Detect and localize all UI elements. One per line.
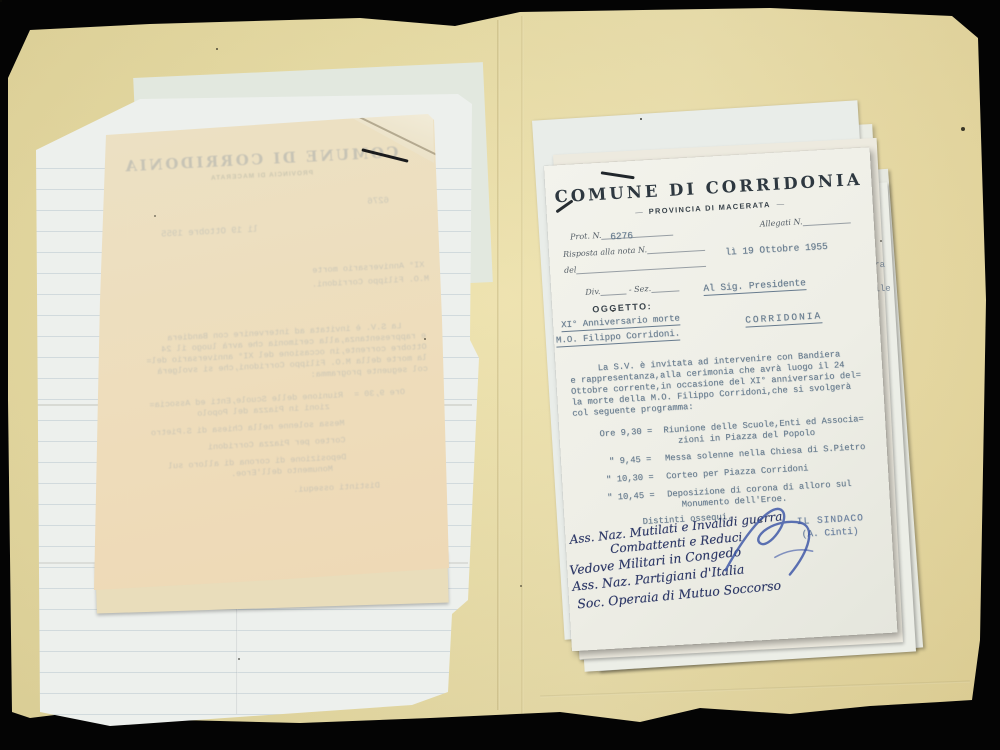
letterhead-subtitle: PROVINCIA DI MACERATA xyxy=(648,200,770,216)
bleedthrough-oggetto-2: M.O. Filippo Corridoni. xyxy=(312,274,430,290)
form-line xyxy=(802,214,850,226)
photo-scene: COMUNE DI CORRIDONIA PROVINCIA DI MACERA… xyxy=(0,0,1000,750)
program-4-time: " 10,45 = xyxy=(607,490,655,503)
folder-spine-crease xyxy=(497,20,500,710)
photo-dust-specks xyxy=(0,0,2,2)
program-1-time: Ore 9,30 = xyxy=(599,426,652,439)
oggetto-line-1: XI° Anniversario morte xyxy=(561,313,680,330)
bleedthrough-oggetto-1: XI° Anniversario morte xyxy=(312,260,425,276)
program-2-time: " 9,45 = xyxy=(609,454,652,466)
risposta-label: Risposta alla nota N. xyxy=(563,242,705,259)
oggetto-label: OGGETTO: xyxy=(592,301,652,314)
letter-date: lì 19 Ottobre 1955 xyxy=(725,241,828,258)
subtitle-dash: — xyxy=(770,199,790,209)
del-label: del xyxy=(564,258,707,275)
bleedthrough-date: lì 19 Ottobre 1955 xyxy=(161,224,259,239)
folder-spine-crease-2 xyxy=(521,16,524,714)
subtitle-dash: — xyxy=(629,207,649,217)
program-3-time: " 10,30 = xyxy=(606,472,654,485)
letter-sheet: COMUNE DI CORRIDONIA —PROVINCIA DI MACER… xyxy=(544,147,897,651)
pen-mark xyxy=(601,171,635,179)
div-sez-row: Div. - Sez. xyxy=(585,282,679,296)
program-2-text: Messa solenne nella Chiesa di S.Pietro xyxy=(665,442,866,464)
prot-value: 6276 xyxy=(610,230,633,242)
bleedthrough-closing: Distinti ossequi. xyxy=(293,480,380,495)
bleedthrough-prot: 6276 xyxy=(367,196,389,207)
form-line xyxy=(647,242,705,254)
form-line xyxy=(600,285,626,295)
bleedthrough-prog-3: Corteo per Piazza Corridoni xyxy=(208,435,346,452)
bleedthrough-text: COMUNE DI CORRIDONIA PROVINCIA DI MACERA… xyxy=(87,113,455,600)
left-cream-sheet: COMUNE DI CORRIDONIA PROVINCIA DI MACERA… xyxy=(93,112,455,612)
program-3-text: Corteo per Piazza Corridoni xyxy=(666,463,809,481)
recipient-city: CORRIDONIA xyxy=(745,310,823,325)
bleedthrough-prog-2: Messa solenne nella Chiesa di S.Pietro xyxy=(151,418,345,438)
form-line xyxy=(576,258,706,274)
bleedthrough-prog-1a: Ore 9,30 = xyxy=(354,387,405,400)
ink-signature xyxy=(711,490,836,587)
form-line xyxy=(651,282,679,293)
folder-bottom-crease xyxy=(540,680,970,697)
recipient: Al Sig. Presidente xyxy=(703,277,806,296)
allegati-label: Allegati N. xyxy=(759,214,850,228)
